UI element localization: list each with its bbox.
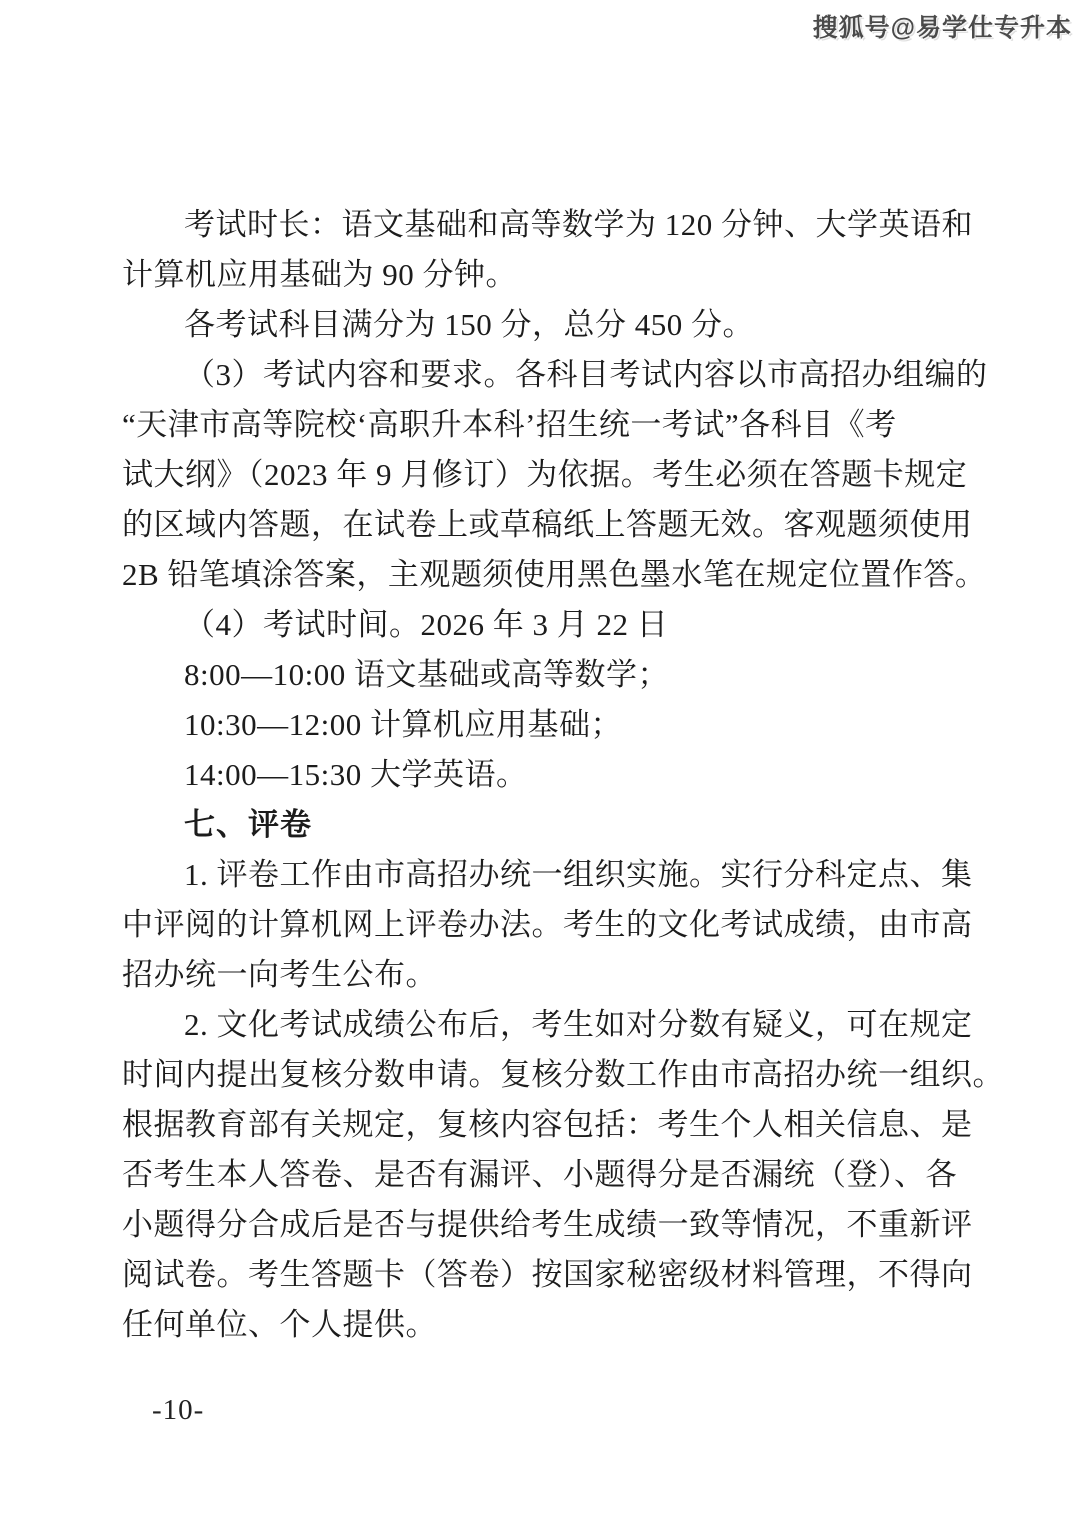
- text-line: “天津市高等院校‘高职升本科’招生统一考试”各科目《考: [122, 400, 912, 450]
- text-line: 14:00—15:30 大学英语。: [122, 750, 912, 800]
- text-line: 10:30—12:00 计算机应用基础；: [122, 700, 912, 750]
- text-line: （3）考试内容和要求。各科目考试内容以市高招办组编的: [122, 350, 912, 400]
- text-line: 2B 铅笔填涂答案，主观题须使用黑色墨水笔在规定位置作答。: [122, 550, 912, 600]
- document-body: 考试时长：语文基础和高等数学为 120 分钟、大学英语和 计算机应用基础为 90…: [122, 200, 912, 1350]
- text-line: 8:00—10:00 语文基础或高等数学；: [122, 650, 912, 700]
- paragraph-exam-slot-2: 10:30—12:00 计算机应用基础；: [122, 700, 912, 750]
- text-line: 1. 评卷工作由市高招办统一组织实施。实行分科定点、集: [122, 850, 912, 900]
- text-line: 各考试科目满分为 150 分，总分 450 分。: [122, 300, 912, 350]
- text-line: 考试时长：语文基础和高等数学为 120 分钟、大学英语和: [122, 200, 912, 250]
- paragraph-exam-content: （3）考试内容和要求。各科目考试内容以市高招办组编的 “天津市高等院校‘高职升本…: [122, 350, 912, 600]
- text-line: 2. 文化考试成绩公布后，考生如对分数有疑义，可在规定: [122, 1000, 912, 1050]
- section-seven: 七、评卷: [122, 800, 912, 850]
- text-line: 计算机应用基础为 90 分钟。: [122, 250, 912, 300]
- paragraph-marking-2: 2. 文化考试成绩公布后，考生如对分数有疑义，可在规定 时间内提出复核分数申请。…: [122, 1000, 912, 1350]
- paragraph-exam-slot-3: 14:00—15:30 大学英语。: [122, 750, 912, 800]
- text-line: 小题得分合成后是否与提供给考生成绩一致等情况，不重新评: [122, 1200, 912, 1250]
- paragraph-exam-duration: 考试时长：语文基础和高等数学为 120 分钟、大学英语和 计算机应用基础为 90…: [122, 200, 912, 300]
- paragraph-exam-slot-1: 8:00—10:00 语文基础或高等数学；: [122, 650, 912, 700]
- text-line: 根据教育部有关规定，复核内容包括：考生个人相关信息、是: [122, 1100, 912, 1150]
- text-line: 中评阅的计算机网上评卷办法。考生的文化考试成绩，由市高: [122, 900, 912, 950]
- section-heading: 七、评卷: [122, 800, 912, 850]
- text-line: 阅试卷。考生答题卡（答卷）按国家秘密级材料管理，不得向: [122, 1250, 912, 1300]
- text-line: 招办统一向考生公布。: [122, 950, 912, 1000]
- paragraph-full-marks: 各考试科目满分为 150 分，总分 450 分。: [122, 300, 912, 350]
- text-line: 的区域内答题，在试卷上或草稿纸上答题无效。客观题须使用: [122, 500, 912, 550]
- paragraph-exam-date: （4）考试时间。2026 年 3 月 22 日: [122, 600, 912, 650]
- text-line: 否考生本人答卷、是否有漏评、小题得分是否漏统（登）、各: [122, 1150, 912, 1200]
- paragraph-marking-1: 1. 评卷工作由市高招办统一组织实施。实行分科定点、集 中评阅的计算机网上评卷办…: [122, 850, 912, 1000]
- text-line: 试大纲》（2023 年 9 月修订）为依据。考生必须在答题卡规定: [122, 450, 912, 500]
- text-line: （4）考试时间。2026 年 3 月 22 日: [122, 600, 912, 650]
- page-number: -10-: [152, 1392, 204, 1428]
- text-line: 任何单位、个人提供。: [122, 1300, 912, 1350]
- watermark-text: 搜狐号@易学仕专升本: [813, 8, 1072, 44]
- text-line: 时间内提出复核分数申请。复核分数工作由市高招办统一组织。: [122, 1050, 912, 1100]
- document-page: 搜狐号@易学仕专升本 考试时长：语文基础和高等数学为 120 分钟、大学英语和 …: [0, 0, 1080, 1527]
